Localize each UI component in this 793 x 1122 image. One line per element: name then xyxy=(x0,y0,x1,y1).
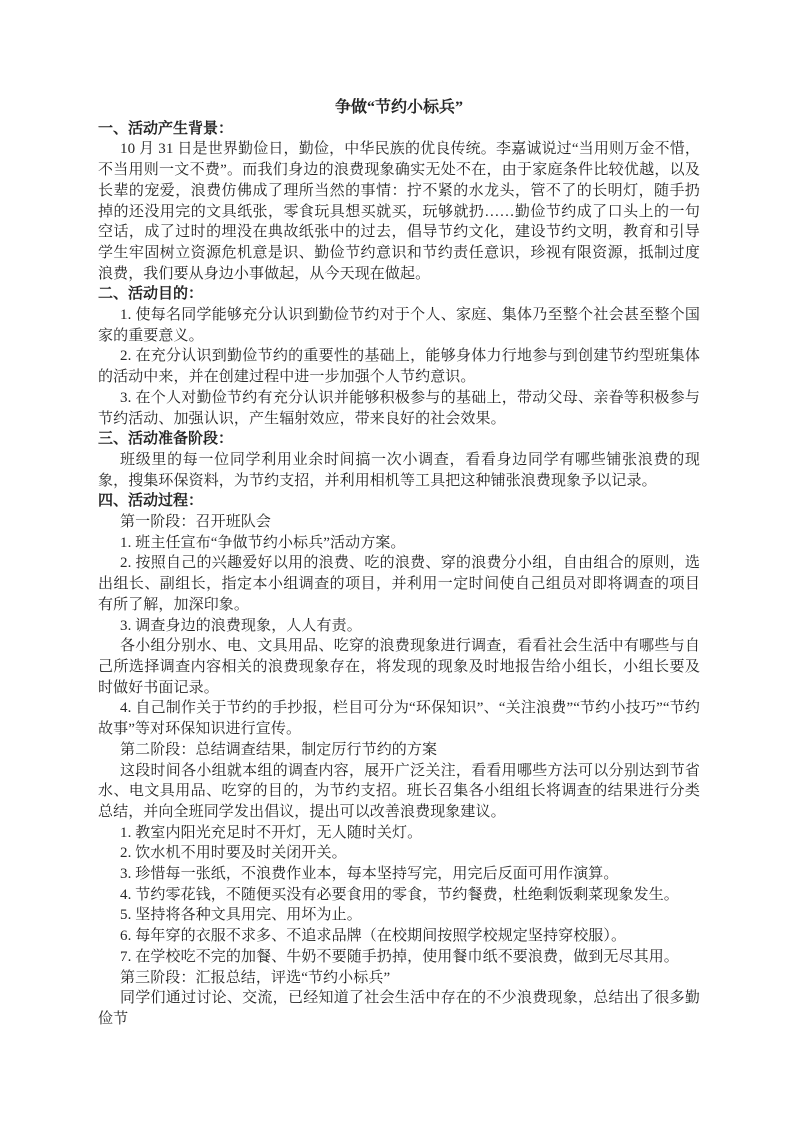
paragraph: 1. 班主任宣布“争做节约小标兵”活动方案。 xyxy=(98,533,700,554)
paragraph: 班级里的每一位同学利用业余时间搞一次小调查，看看身边同学有哪些铺张浪费的现象，搜… xyxy=(98,450,700,491)
paragraph: 1. 教室内阳光充足时不开灯，无人随时关灯。 xyxy=(98,823,700,844)
section-heading: 四、活动过程： xyxy=(98,491,700,512)
paragraph: 2. 按照自己的兴趣爱好以用的浪费、吃的浪费、穿的浪费分小组，自由组合的原则，选… xyxy=(98,553,700,615)
paragraph: 3. 在个人对勤俭节约有充分认识并能够积极参与的基础上，带动父母、亲眷等积极参与… xyxy=(98,388,700,429)
paragraph: 2. 在充分认识到勤俭节约的重要性的基础上，能够身体力行地参与到创建节约型班集体… xyxy=(98,346,700,387)
paragraph: 10 月 31 日是世界勤俭日，勤俭，中华民族的优良传统。李嘉诚说过“当用则万金… xyxy=(98,139,700,284)
paragraph: 各小组分别水、电、文具用品、吃穿的浪费现象进行调查，看看社会生活中有哪些与自己所… xyxy=(98,636,700,698)
paragraph: 6. 每年穿的衣服不求多、不追求品牌（在校期间按照学校规定坚持穿校服）。 xyxy=(98,926,700,947)
paragraph: 5. 坚持将各种文具用完、用坏为止。 xyxy=(98,905,700,926)
paragraph: 1. 使每名同学能够充分认识到勤俭节约对于个人、家庭、集体乃至整个社会甚至整个国… xyxy=(98,305,700,346)
paragraph: 3. 调查身边的浪费现象，人人有责。 xyxy=(98,616,700,637)
section-heading: 一、活动产生背景： xyxy=(98,119,700,140)
document-content: 争做“节约小标兵” 一、活动产生背景：10 月 31 日是世界勤俭日，勤俭，中华… xyxy=(98,98,700,1030)
section-heading: 三、活动准备阶段： xyxy=(98,429,700,450)
section-heading: 二、活动目的： xyxy=(98,284,700,305)
paragraph: 这段时间各小组就本组的调查内容，展开广泛关注，看看用哪些方法可以分别达到节省水、… xyxy=(98,761,700,823)
paragraph: 第一阶段：召开班队会 xyxy=(98,512,700,533)
paragraph: 第二阶段：总结调查结果，制定厉行节约的方案 xyxy=(98,740,700,761)
paragraph: 7. 在学校吃不完的加餐、牛奶不要随手扔掉，使用餐巾纸不要浪费，做到无尽其用。 xyxy=(98,947,700,968)
paragraph: 同学们通过讨论、交流，已经知道了社会生活中存在的不少浪费现象，总结出了很多勤俭节 xyxy=(98,988,700,1029)
paragraph: 4. 自己制作关于节约的手抄报，栏目可分为“环保知识”、“关注浪费”“节约小技巧… xyxy=(98,698,700,739)
paragraph: 3. 珍惜每一张纸，不浪费作业本，每本坚持写完，用完后反面可用作演算。 xyxy=(98,864,700,885)
document-title: 争做“节约小标兵” xyxy=(98,98,700,119)
document-body: 一、活动产生背景：10 月 31 日是世界勤俭日，勤俭，中华民族的优良传统。李嘉… xyxy=(98,119,700,1030)
paragraph: 第三阶段：汇报总结，评选“节约小标兵” xyxy=(98,968,700,989)
paragraph: 2. 饮水机不用时要及时关闭开关。 xyxy=(98,843,700,864)
paragraph: 4. 节约零花钱，不随便买没有必要食用的零食，节约餐费，杜绝剩饭剩菜现象发生。 xyxy=(98,885,700,906)
document-page: 争做“节约小标兵” 一、活动产生背景：10 月 31 日是世界勤俭日，勤俭，中华… xyxy=(0,0,793,1122)
